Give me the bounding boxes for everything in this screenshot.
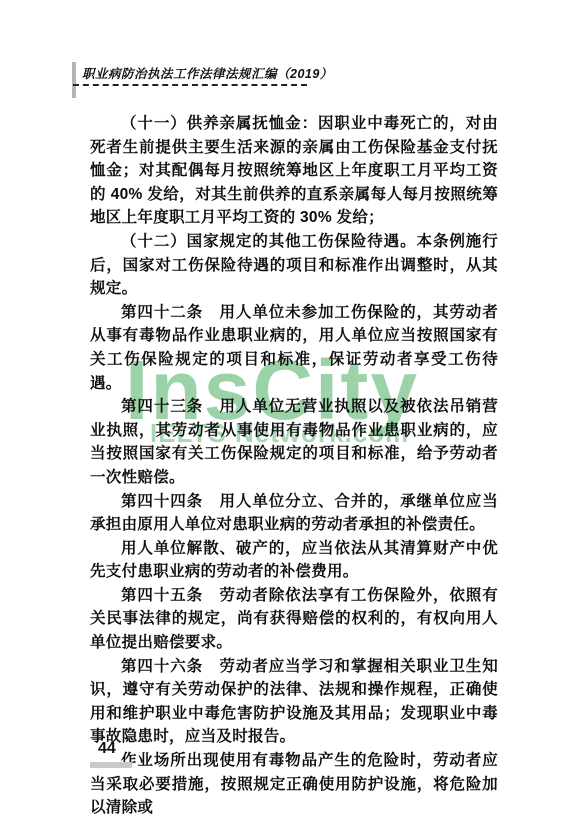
page-number-underline-bar	[90, 762, 132, 768]
body-paragraph: （十二）国家规定的其他工伤保险待遇。本条例施行后，国家对工伤保险待遇的项目和标准…	[90, 230, 498, 301]
body-paragraph: （十一）供养亲属抚恤金：因职业中毒死亡的，对由死者生前提供主要生活来源的亲属由工…	[90, 112, 498, 230]
body-paragraph: 第四十六条 劳动者应当学习和掌握相关职业卫生知识，遵守有关劳动保护的法律、法规和…	[90, 655, 498, 749]
body-paragraph: 第四十五条 劳动者除依法享有工伤保险外，依照有关民事法律的规定，尚有获得赔偿的权…	[90, 584, 498, 655]
header-rule-bar	[72, 62, 76, 98]
page-footer: 44	[90, 740, 132, 768]
document-page: InsCity IELTS Network.com 职业病防治执法工作法律法规汇…	[0, 0, 579, 817]
body-paragraph: 第四十四条 用人单位分立、合并的，承继单位应当承担由原用人单位对患职业病的劳动者…	[90, 490, 498, 537]
document-body: （十一）供养亲属抚恤金：因职业中毒死亡的，对由死者生前提供主要生活来源的亲属由工…	[90, 112, 498, 817]
body-paragraph: 第四十三条 用人单位无营业执照以及被依法吊销营业执照，其劳动者从事使用有毒物品作…	[90, 395, 498, 489]
body-paragraph: 第四十二条 用人单位未参加工伤保险的，其劳动者从事有毒物品作业患职业病的，用人单…	[90, 301, 498, 395]
header-dashed-divider	[73, 84, 307, 86]
running-header-title: 职业病防治执法工作法律法规汇编（2019）	[82, 64, 312, 82]
body-paragraph: 作业场所出现使用有毒物品产生的危险时，劳动者应当采取必要措施，按照规定正确使用防…	[90, 749, 498, 817]
body-paragraph: 用人单位解散、破产的，应当依法从其清算财产中优先支付患职业病的劳动者的补偿费用。	[90, 537, 498, 584]
page-number: 44	[90, 740, 132, 760]
